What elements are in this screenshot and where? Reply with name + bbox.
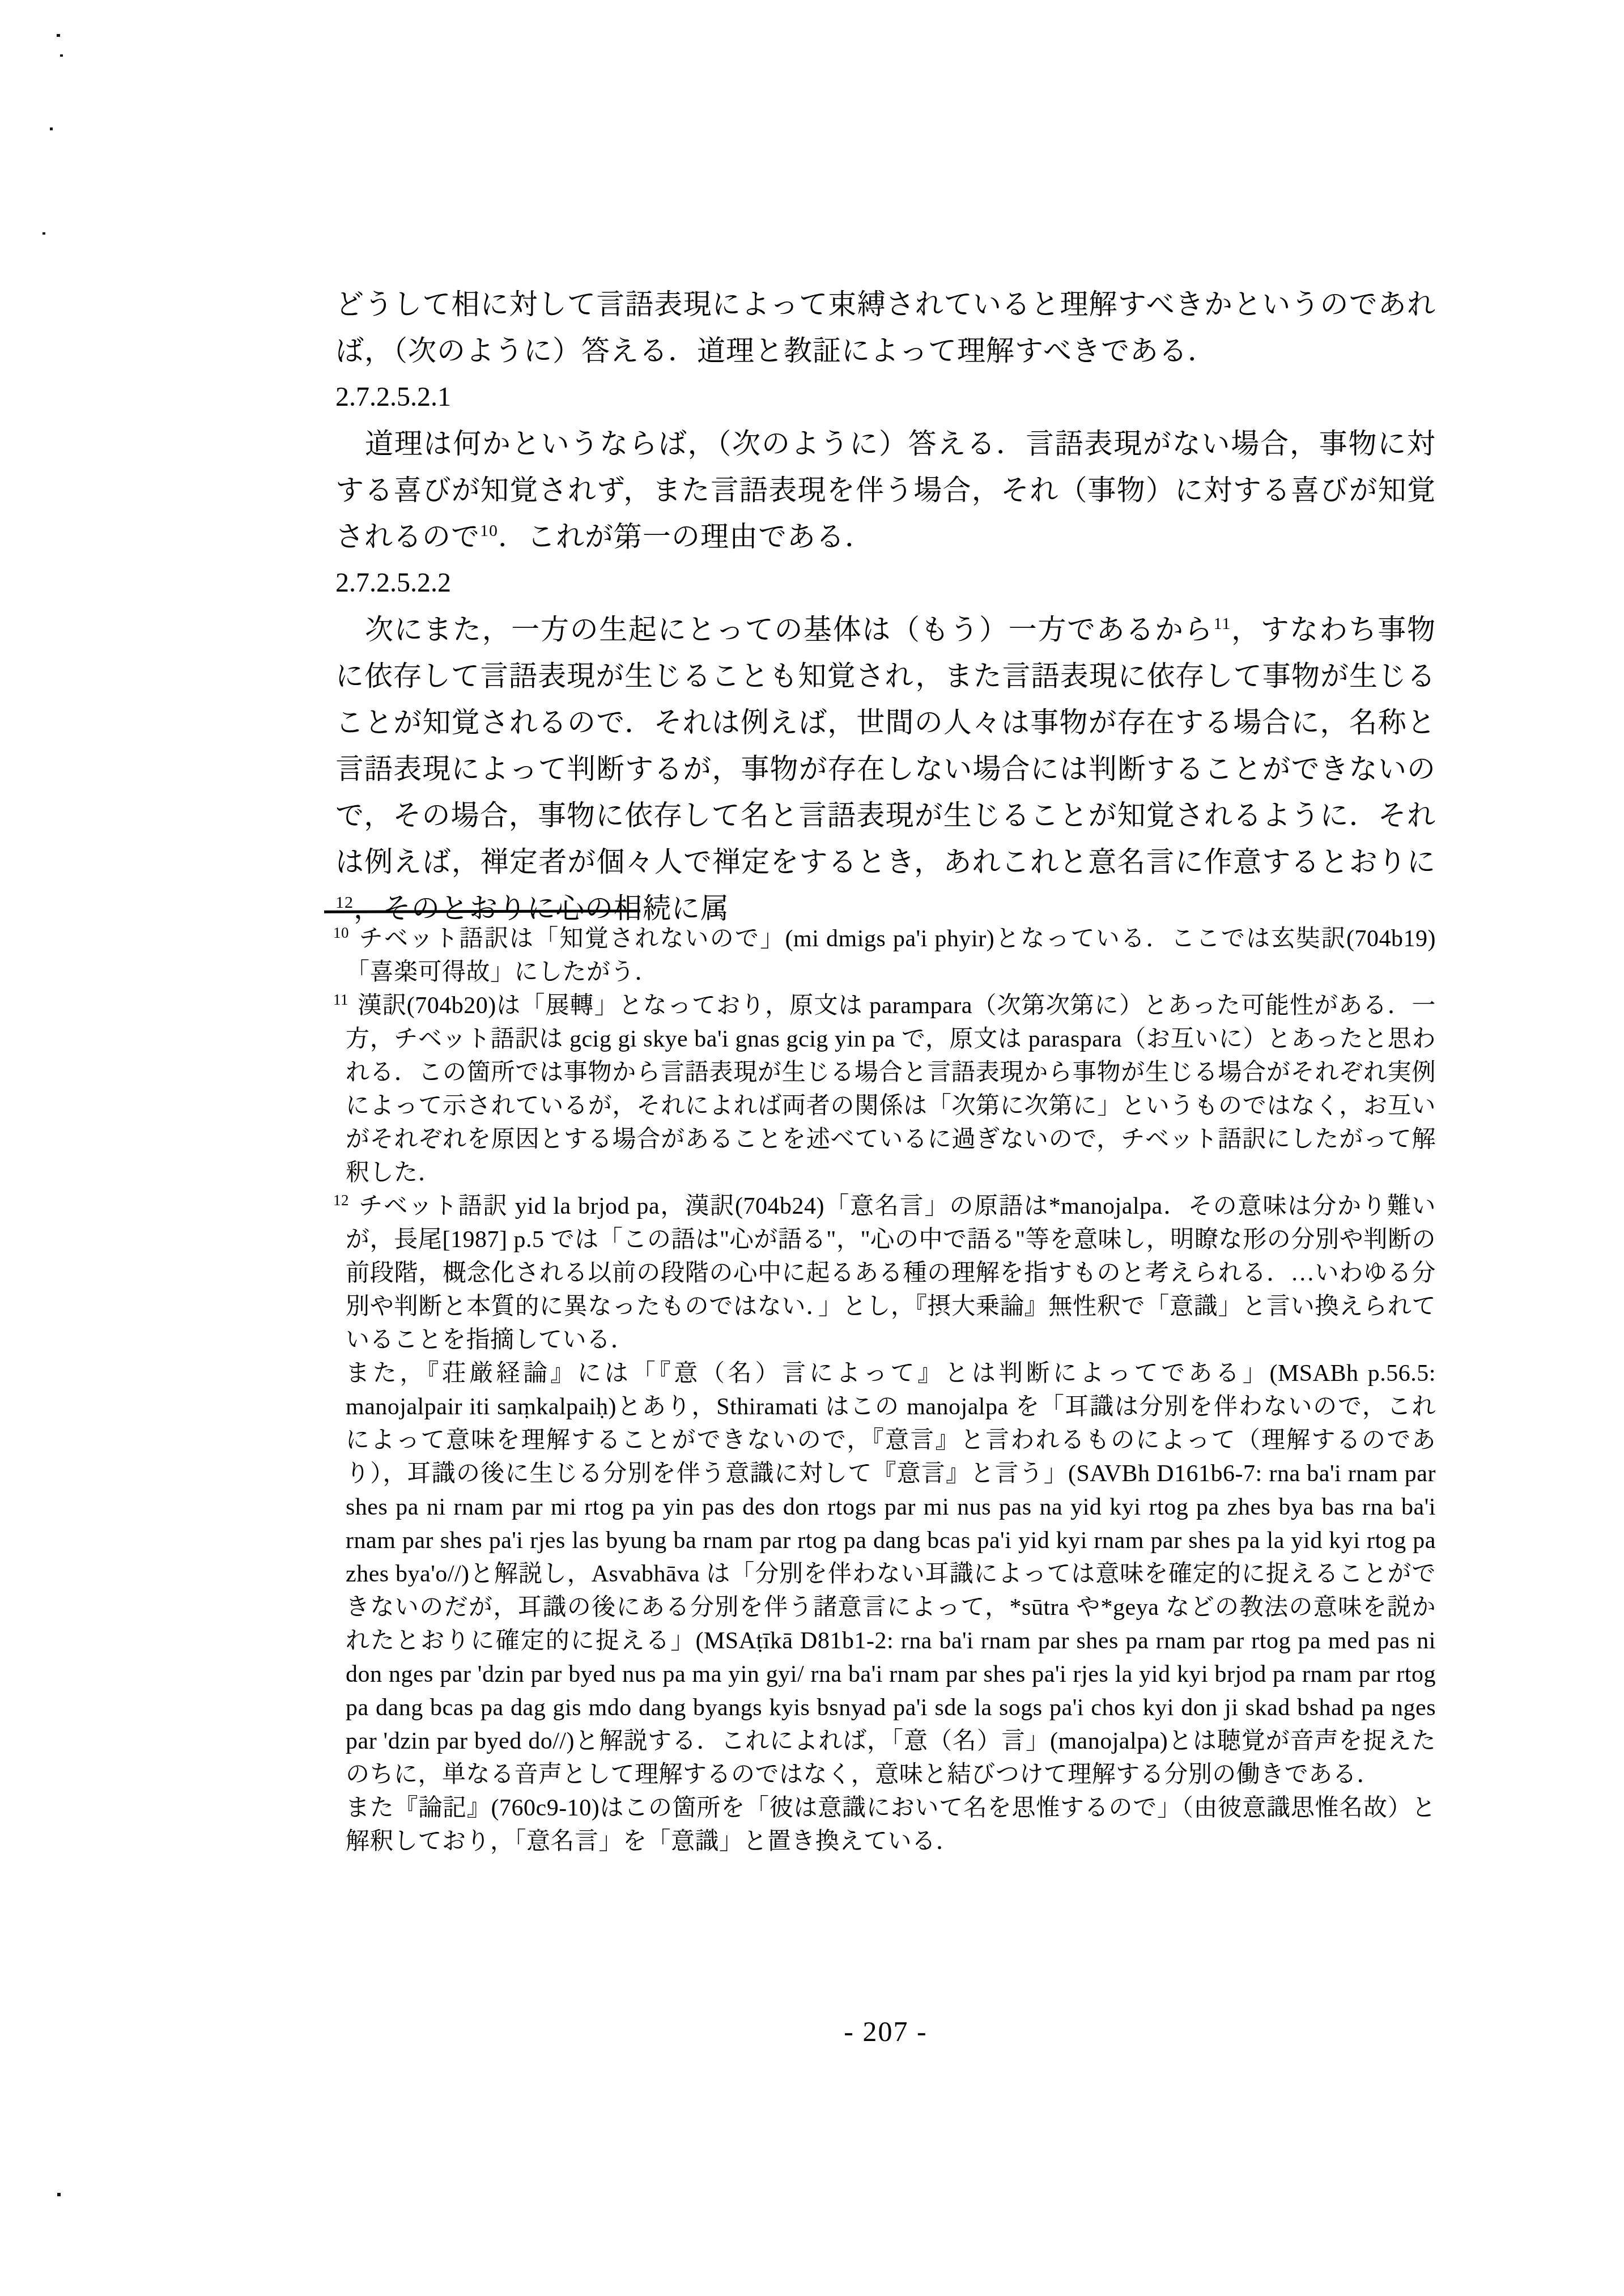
paragraph-2-text-b: ，すなわち事物に依存して言語表現が生じることも知覚され，また言語表現に依存して事… bbox=[335, 614, 1436, 878]
paragraph-2-text-c: ，そのとおりに心の相続に属 bbox=[354, 892, 729, 924]
main-text: どうして相に対して言語表現によって束縛されていると理解すべきかというのであれば，… bbox=[335, 281, 1436, 932]
section-number-2: 2.7.2.5.2.2 bbox=[335, 560, 1436, 606]
scan-speck bbox=[57, 2193, 61, 2196]
scan-speck bbox=[60, 54, 63, 57]
paragraph-2-text-a: 次にまた，一方の生起にとっての基体は（もう）一方であるから bbox=[365, 614, 1213, 645]
footnote-10: 10チベット語訳は「知覚されないので」(mi dmigs pa'i phyir)… bbox=[333, 922, 1436, 989]
footnote-12-para-1: 12チベット語訳 yid la brjod pa，漢訳(704b24)「意名言」… bbox=[346, 1190, 1436, 1357]
footnote-10-para: 10チベット語訳は「知覚されないので」(mi dmigs pa'i phyir)… bbox=[346, 922, 1436, 989]
footnote-11-text: 漢訳(704b20)は「展轉」となっており，原文は parampara（次第次第… bbox=[346, 993, 1436, 1186]
footnotes: 10チベット語訳は「知覚されないので」(mi dmigs pa'i phyir)… bbox=[333, 922, 1436, 1859]
paragraph-2: 次にまた，一方の生起にとっての基体は（もう）一方であるから11，すなわち事物に依… bbox=[335, 606, 1436, 932]
footnote-11-para: 11漢訳(704b20)は「展轉」となっており，原文は parampara（次第… bbox=[346, 989, 1436, 1190]
footnote-12: 12チベット語訳 yid la brjod pa，漢訳(704b24)「意名言」… bbox=[333, 1190, 1436, 1859]
page-number: - 207 - bbox=[335, 2015, 1436, 2048]
document-page: どうして相に対して言語表現によって束縛されていると理解すべきかというのであれば，… bbox=[0, 0, 1624, 2296]
footnote-10-number: 10 bbox=[333, 924, 349, 941]
footnote-12-text-1: チベット語訳 yid la brjod pa，漢訳(704b24)「意名言」の原… bbox=[346, 1193, 1436, 1353]
paragraph-1-text-b: ．これが第一の理由である． bbox=[498, 521, 874, 552]
scan-speck bbox=[57, 34, 60, 37]
footnote-ref-10: 10 bbox=[480, 521, 498, 540]
paragraph-intro: どうして相に対して言語表現によって束縛されていると理解すべきかというのであれば，… bbox=[335, 281, 1436, 374]
footnote-12-para-3: また『論記』(760c9-10)はこの箇所を「彼は意識において名を思惟するので」… bbox=[346, 1792, 1436, 1859]
scan-speck bbox=[42, 232, 45, 235]
footnote-11: 11漢訳(704b20)は「展轉」となっており，原文は parampara（次第… bbox=[333, 989, 1436, 1190]
paragraph-1: 道理は何かというならば，（次のように）答える．言語表現がない場合，事物に対する喜… bbox=[335, 420, 1436, 560]
section-number-1: 2.7.2.5.2.1 bbox=[335, 374, 1436, 420]
footnote-ref-11: 11 bbox=[1213, 614, 1231, 633]
footnote-12-number: 12 bbox=[333, 1192, 349, 1209]
footnote-10-text: チベット語訳は「知覚されないので」(mi dmigs pa'i phyir)とな… bbox=[346, 926, 1436, 985]
footnote-ref-12: 12 bbox=[335, 893, 354, 912]
scan-speck bbox=[50, 127, 53, 130]
footnote-12-para-2: また，『荘厳経論』には「『意（名）言によって』とは判断によってである」(MSAB… bbox=[346, 1357, 1436, 1792]
paragraph-intro-text: どうして相に対して言語表現によって束縛されていると理解すべきかというのであれば，… bbox=[335, 288, 1436, 367]
footnote-11-number: 11 bbox=[333, 991, 348, 1008]
